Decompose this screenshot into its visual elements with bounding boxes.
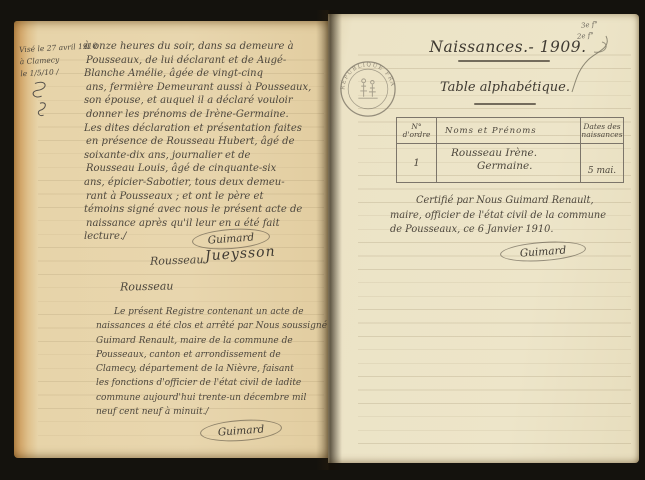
closing-line: naissances a été clos et arrêté par Nous… — [96, 319, 336, 333]
scanned-register-spread: Visé le 27 avril 1910 à Clamecy le 1/5/1… — [0, 0, 645, 480]
act-line: ans, épicier-Sabotier, tous deux demeu- — [84, 176, 326, 190]
svg-text:RÉPUBLIQUE FRANÇAISE: RÉPUBLIQUE FRANÇAISE — [339, 60, 396, 90]
act-line: naissance après qu'il leur en a été fait — [86, 217, 328, 231]
register-closing-statement: Le présent Registre contenant un acte de… — [96, 305, 336, 419]
table-column-name: Noms et Prénoms Rousseau Irène. Germaine… — [437, 118, 581, 182]
signature-witness-rousseau: Rousseau — [150, 253, 204, 268]
column-header-order: N° d'ordre — [397, 118, 436, 144]
certification-line: maire, officier de l'état civil de la co… — [390, 209, 628, 224]
page-left: Visé le 27 avril 1910 à Clamecy le 1/5/1… — [14, 21, 328, 458]
certification-line: de Pousseaux, ce 6 Janvier 1910. — [390, 223, 628, 238]
certification-statement: Certifié par Nous Guimard Renault, maire… — [390, 194, 628, 238]
act-line: ans, fermière Demeurant aussi à Pousseau… — [86, 81, 328, 95]
column-header-date: Dates des naissances — [581, 118, 623, 144]
republique-francaise-stamp: RÉPUBLIQUE FRANÇAISE — [339, 60, 397, 118]
closing-line: Clamecy, département de la Nièvre, faisa… — [96, 362, 336, 376]
act-line: Rousseau Louis, âgé de cinquante-six — [86, 162, 328, 176]
birth-act-text: à onze heures du soir, dans sa demeure à… — [84, 40, 326, 244]
stamp-text: RÉPUBLIQUE FRANÇAISE — [339, 60, 396, 90]
signature-guimard-closing: Guimard — [199, 417, 282, 444]
certification-line: Certifié par Nous Guimard Renault, — [390, 194, 628, 209]
stamp-figures — [358, 79, 377, 98]
act-line: témoins signé avec nous le présent acte … — [84, 203, 326, 217]
act-line: son épouse, et auquel il a déclaré voulo… — [84, 94, 326, 108]
signature-text: Guimard — [519, 244, 566, 259]
closing-line: commune aujourd'hui trente-un décembre m… — [96, 391, 336, 405]
signature-guimard-certification: Guimard — [499, 239, 586, 264]
closing-line: Le présent Registre contenant un acte de — [96, 305, 336, 319]
signature-text: Guimard — [217, 423, 264, 438]
page-subtitle: Table alphabétique. — [415, 80, 595, 95]
act-line: Pousseaux, de lui déclarant et de Augé- — [86, 54, 328, 68]
page-right: 3e f° 2e f° Naissances.- 1909. Table alp… — [328, 14, 639, 463]
closing-line: les fonctions d'officier de l'état civil… — [96, 376, 336, 390]
signature-witness-flourished: Jueysson — [205, 244, 277, 265]
cell-order: 1 — [397, 144, 436, 182]
table-column-date: Dates des naissances 5 mai. — [581, 118, 623, 182]
subtitle-underline — [474, 103, 536, 105]
act-line: Blanche Amélie, âgée de vingt-cinq — [84, 67, 326, 81]
act-line: donner les prénoms de Irène-Germaine. — [86, 108, 328, 122]
signature-text: Guimard — [207, 231, 254, 246]
signature-father-rousseau: Rousseau — [120, 280, 174, 294]
act-line: en présence de Rousseau Hubert, âgé de — [86, 135, 328, 149]
act-line: Les dites déclaration et présentation fa… — [84, 122, 326, 136]
act-line: rant à Pousseaux ; et ont le père et — [86, 190, 328, 204]
act-line: soixante-dix ans, journalier et de — [84, 149, 326, 163]
alphabetical-table: N° d'ordre 1 Noms et Prénoms Rousseau Ir… — [396, 117, 624, 183]
closing-line: neuf cent neuf à minuit./ — [96, 405, 336, 419]
page-title: Naissances.- 1909. — [408, 38, 608, 56]
folio-pencil-note: 3e f° — [581, 20, 599, 30]
act-line: à onze heures du soir, dans sa demeure à — [84, 40, 326, 54]
column-header-name: Noms et Prénoms — [437, 118, 580, 144]
cell-name: Rousseau Irène. Germaine. — [437, 144, 580, 182]
title-underline — [458, 60, 550, 62]
table-column-order: N° d'ordre 1 — [397, 118, 437, 182]
name-line: Germaine. — [451, 160, 580, 173]
closing-line: Guimard Renault, maire de la commune de — [96, 334, 336, 348]
closing-line: Pousseaux, canton et arrondissement de — [96, 348, 336, 362]
margin-paraph-flourish — [21, 78, 67, 124]
cell-date: 5 mai. — [581, 144, 623, 182]
name-line: Rousseau Irène. — [451, 147, 580, 160]
